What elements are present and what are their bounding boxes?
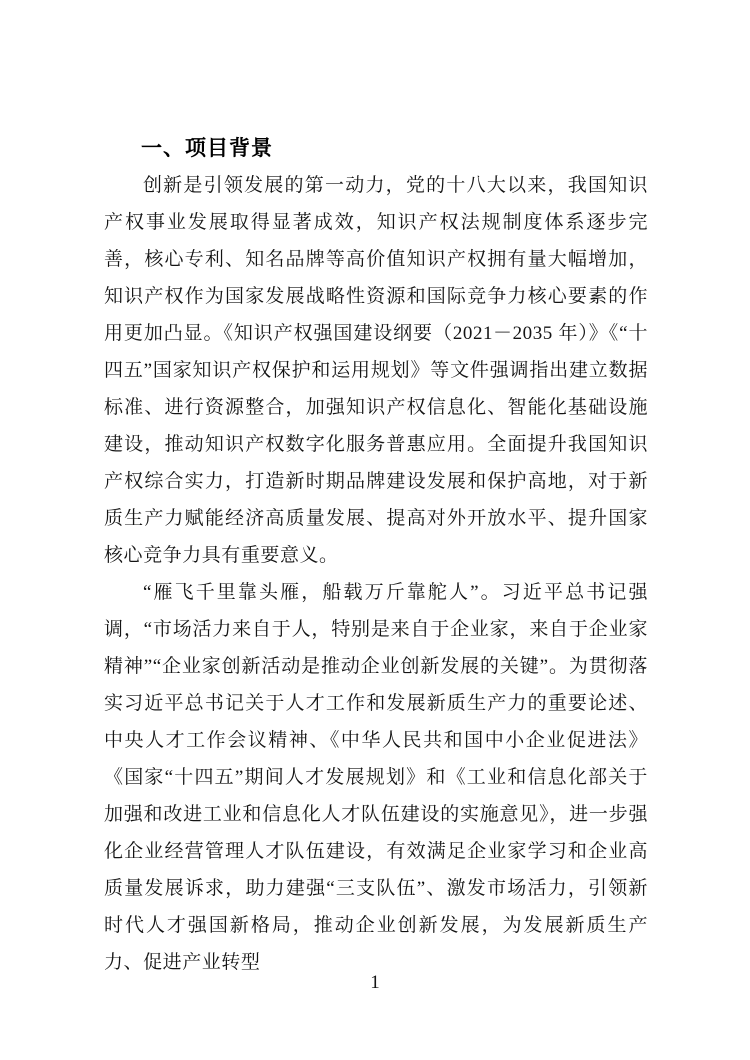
- document-page: 一、项目背景 创新是引领发展的第一动力，党的十八大以来，我国知识产权事业发展取得…: [0, 0, 750, 1060]
- body-paragraph-1: 创新是引领发展的第一动力，党的十八大以来，我国知识产权事业发展取得显著成效，知识…: [104, 167, 648, 574]
- body-paragraph-2: “雁飞千里靠头雁，船载万斤靠舵人”。习近平总书记强调，“市场活力来自于人，特别是…: [104, 574, 648, 981]
- section-heading: 一、项目背景: [104, 130, 648, 167]
- page-footer: 1: [0, 970, 750, 996]
- document-content: 一、项目背景 创新是引领发展的第一动力，党的十八大以来，我国知识产权事业发展取得…: [104, 130, 648, 981]
- page-number: 1: [370, 972, 380, 993]
